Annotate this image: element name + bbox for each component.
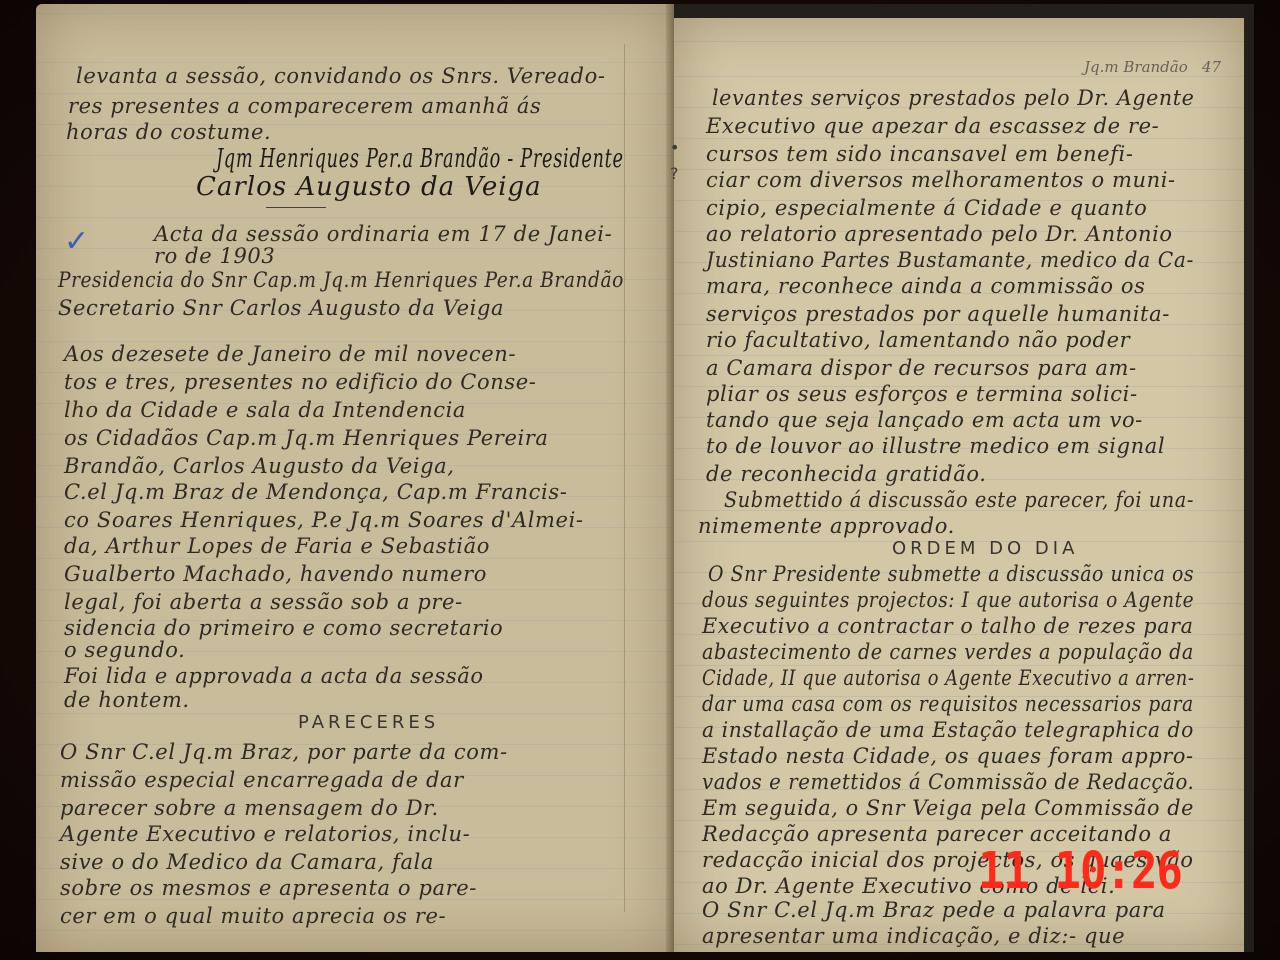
text-line: Cidade, II que autorisa o Agente Executi… xyxy=(702,666,1194,690)
text-line: dar uma casa com os requisitos necessari… xyxy=(702,692,1194,716)
presidency-line: Presidencia do Snr Cap.m Jq.m Henriques … xyxy=(58,268,624,292)
check-mark-icon: ✓ xyxy=(64,224,89,259)
secretary-signature: Carlos Augusto da Veiga xyxy=(196,172,542,202)
text-line: O Snr C.el Jq.m Braz, por parte da com- xyxy=(60,740,508,764)
text-line: da, Arthur Lopes de Faria e Sebastião xyxy=(64,534,490,558)
left-page: levanta a sessão, convidando os Snrs. Ve… xyxy=(36,4,674,952)
text-line: abastecimento de carnes verdes a populaç… xyxy=(702,640,1194,664)
text-line: Brandão, Carlos Augusto da Veiga, xyxy=(64,454,455,478)
text-line: res presentes a comparecerem amanhã ás xyxy=(68,94,541,118)
text-line: O Snr C.el Jq.m Braz pede a palavra para xyxy=(702,898,1166,922)
text-line: sobre os mesmos e apresenta o pare- xyxy=(60,876,477,900)
text-line: to de louvor ao illustre medico em signa… xyxy=(706,434,1165,458)
text-line: Estado nesta Cidade, os quaes foram appr… xyxy=(702,744,1194,768)
text-line: Foi lida e approvada a acta da sessão xyxy=(64,664,484,688)
text-line: mara, reconhece ainda a commissão os xyxy=(706,274,1146,298)
text-line: Gualberto Machado, havendo numero xyxy=(64,562,487,586)
text-line: parecer sobre a mensagem do Dr. xyxy=(60,796,439,820)
text-line: tando que seja lançado em acta um vo- xyxy=(706,408,1143,432)
approval-line: Submettido á discussão este parecer, foi… xyxy=(724,488,1194,512)
text-line: sidencia do primeiro e como secretario xyxy=(64,616,503,640)
text-line: os Cidadãos Cap.m Jq.m Henriques Pereira xyxy=(64,426,549,450)
text-line: rio facultativo, lamentando não poder xyxy=(706,328,1130,352)
text-line: sive o do Medico da Camara, fala xyxy=(60,850,434,874)
text-line: horas do costume. xyxy=(66,120,271,144)
text-line: vados e remettidos á Commissão de Redacç… xyxy=(702,770,1194,794)
text-line: O Snr Presidente submette a discussão un… xyxy=(708,562,1194,586)
secretary-line: Secretario Snr Carlos Augusto da Veiga xyxy=(58,296,504,320)
text-line: cer em o qual muito aprecia os re- xyxy=(60,904,446,928)
text-line: Justiniano Partes Bustamante, medico da … xyxy=(706,248,1194,272)
text-line: cipio, especialmente á Cidade e quanto xyxy=(706,196,1147,220)
text-line: de reconhecida gratidão. xyxy=(706,462,986,486)
text-line: levanta a sessão, convidando os Snrs. Ve… xyxy=(76,64,606,88)
open-ledger-book: levanta a sessão, convidando os Snrs. Ve… xyxy=(36,4,1272,952)
right-page: Jq.m Brandão 47 • ? levantes serviços pr… xyxy=(674,4,1254,952)
text-line: tos e tres, presentes no edificio do Con… xyxy=(64,370,536,394)
approval-line: nimemente approvado. xyxy=(698,514,955,538)
text-line: Executivo que apezar da escassez de re- xyxy=(706,114,1159,138)
text-line: a installação de uma Estação telegraphic… xyxy=(702,718,1194,742)
text-line: legal, foi aberta a sessão sob a pre- xyxy=(64,590,463,614)
text-line: cursos tem sido incansavel em benefi- xyxy=(706,142,1134,166)
text-line: a Camara dispor de recursos para am- xyxy=(706,356,1137,380)
left-page-text: levanta a sessão, convidando os Snrs. Ve… xyxy=(36,4,674,952)
text-line: co Soares Henriques, P.e Jq.m Soares d'A… xyxy=(64,508,584,532)
text-line: dous seguintes projectos: I que autorisa… xyxy=(702,588,1194,612)
text-line: C.el Jq.m Braz de Mendonça, Cap.m Franci… xyxy=(64,480,567,504)
text-line: ao relatorio apresentado pelo Dr. Antoni… xyxy=(706,222,1173,246)
text-line: Agente Executivo e relatorios, inclu- xyxy=(60,822,470,846)
text-line: lho da Cidade e sala da Intendencia xyxy=(64,398,466,422)
section-heading-pareceres: PARECERES xyxy=(298,712,439,733)
text-line: Em seguida, o Snr Veiga pela Commissão d… xyxy=(702,796,1194,820)
text-line: apresentar uma indicação, e diz:- que xyxy=(702,924,1125,948)
president-signature: Jqm Henriques Per.a Brandão - Presidente xyxy=(216,144,624,174)
text-line: Executivo a contractar o talho de rezes … xyxy=(702,614,1194,638)
section-heading-ordem-do-dia: ORDEM DO DIA xyxy=(892,538,1078,559)
camera-timestamp-overlay: 11 10:26 xyxy=(978,842,1182,901)
text-line: levantes serviços prestados pelo Dr. Age… xyxy=(712,86,1194,110)
text-line: missão especial encarregada de dar xyxy=(60,768,464,792)
text-line: serviços prestados por aquelle humanita- xyxy=(706,302,1170,326)
minutes-title: Acta da sessão ordinaria em 17 de Janei- xyxy=(154,222,612,246)
divider-rule xyxy=(266,207,326,208)
text-line: Aos dezesete de Janeiro de mil novecen- xyxy=(64,342,516,366)
text-line: de hontem. xyxy=(64,688,190,712)
text-line: o segundo. xyxy=(64,638,185,662)
right-page-text: levantes serviços prestados pelo Dr. Age… xyxy=(674,18,1244,952)
text-line: pliar os seus esforços e termina solici- xyxy=(706,382,1138,406)
minutes-title: ro de 1903 xyxy=(154,244,275,268)
text-line: ciar com diversos melhoramentos o muni- xyxy=(706,168,1176,192)
